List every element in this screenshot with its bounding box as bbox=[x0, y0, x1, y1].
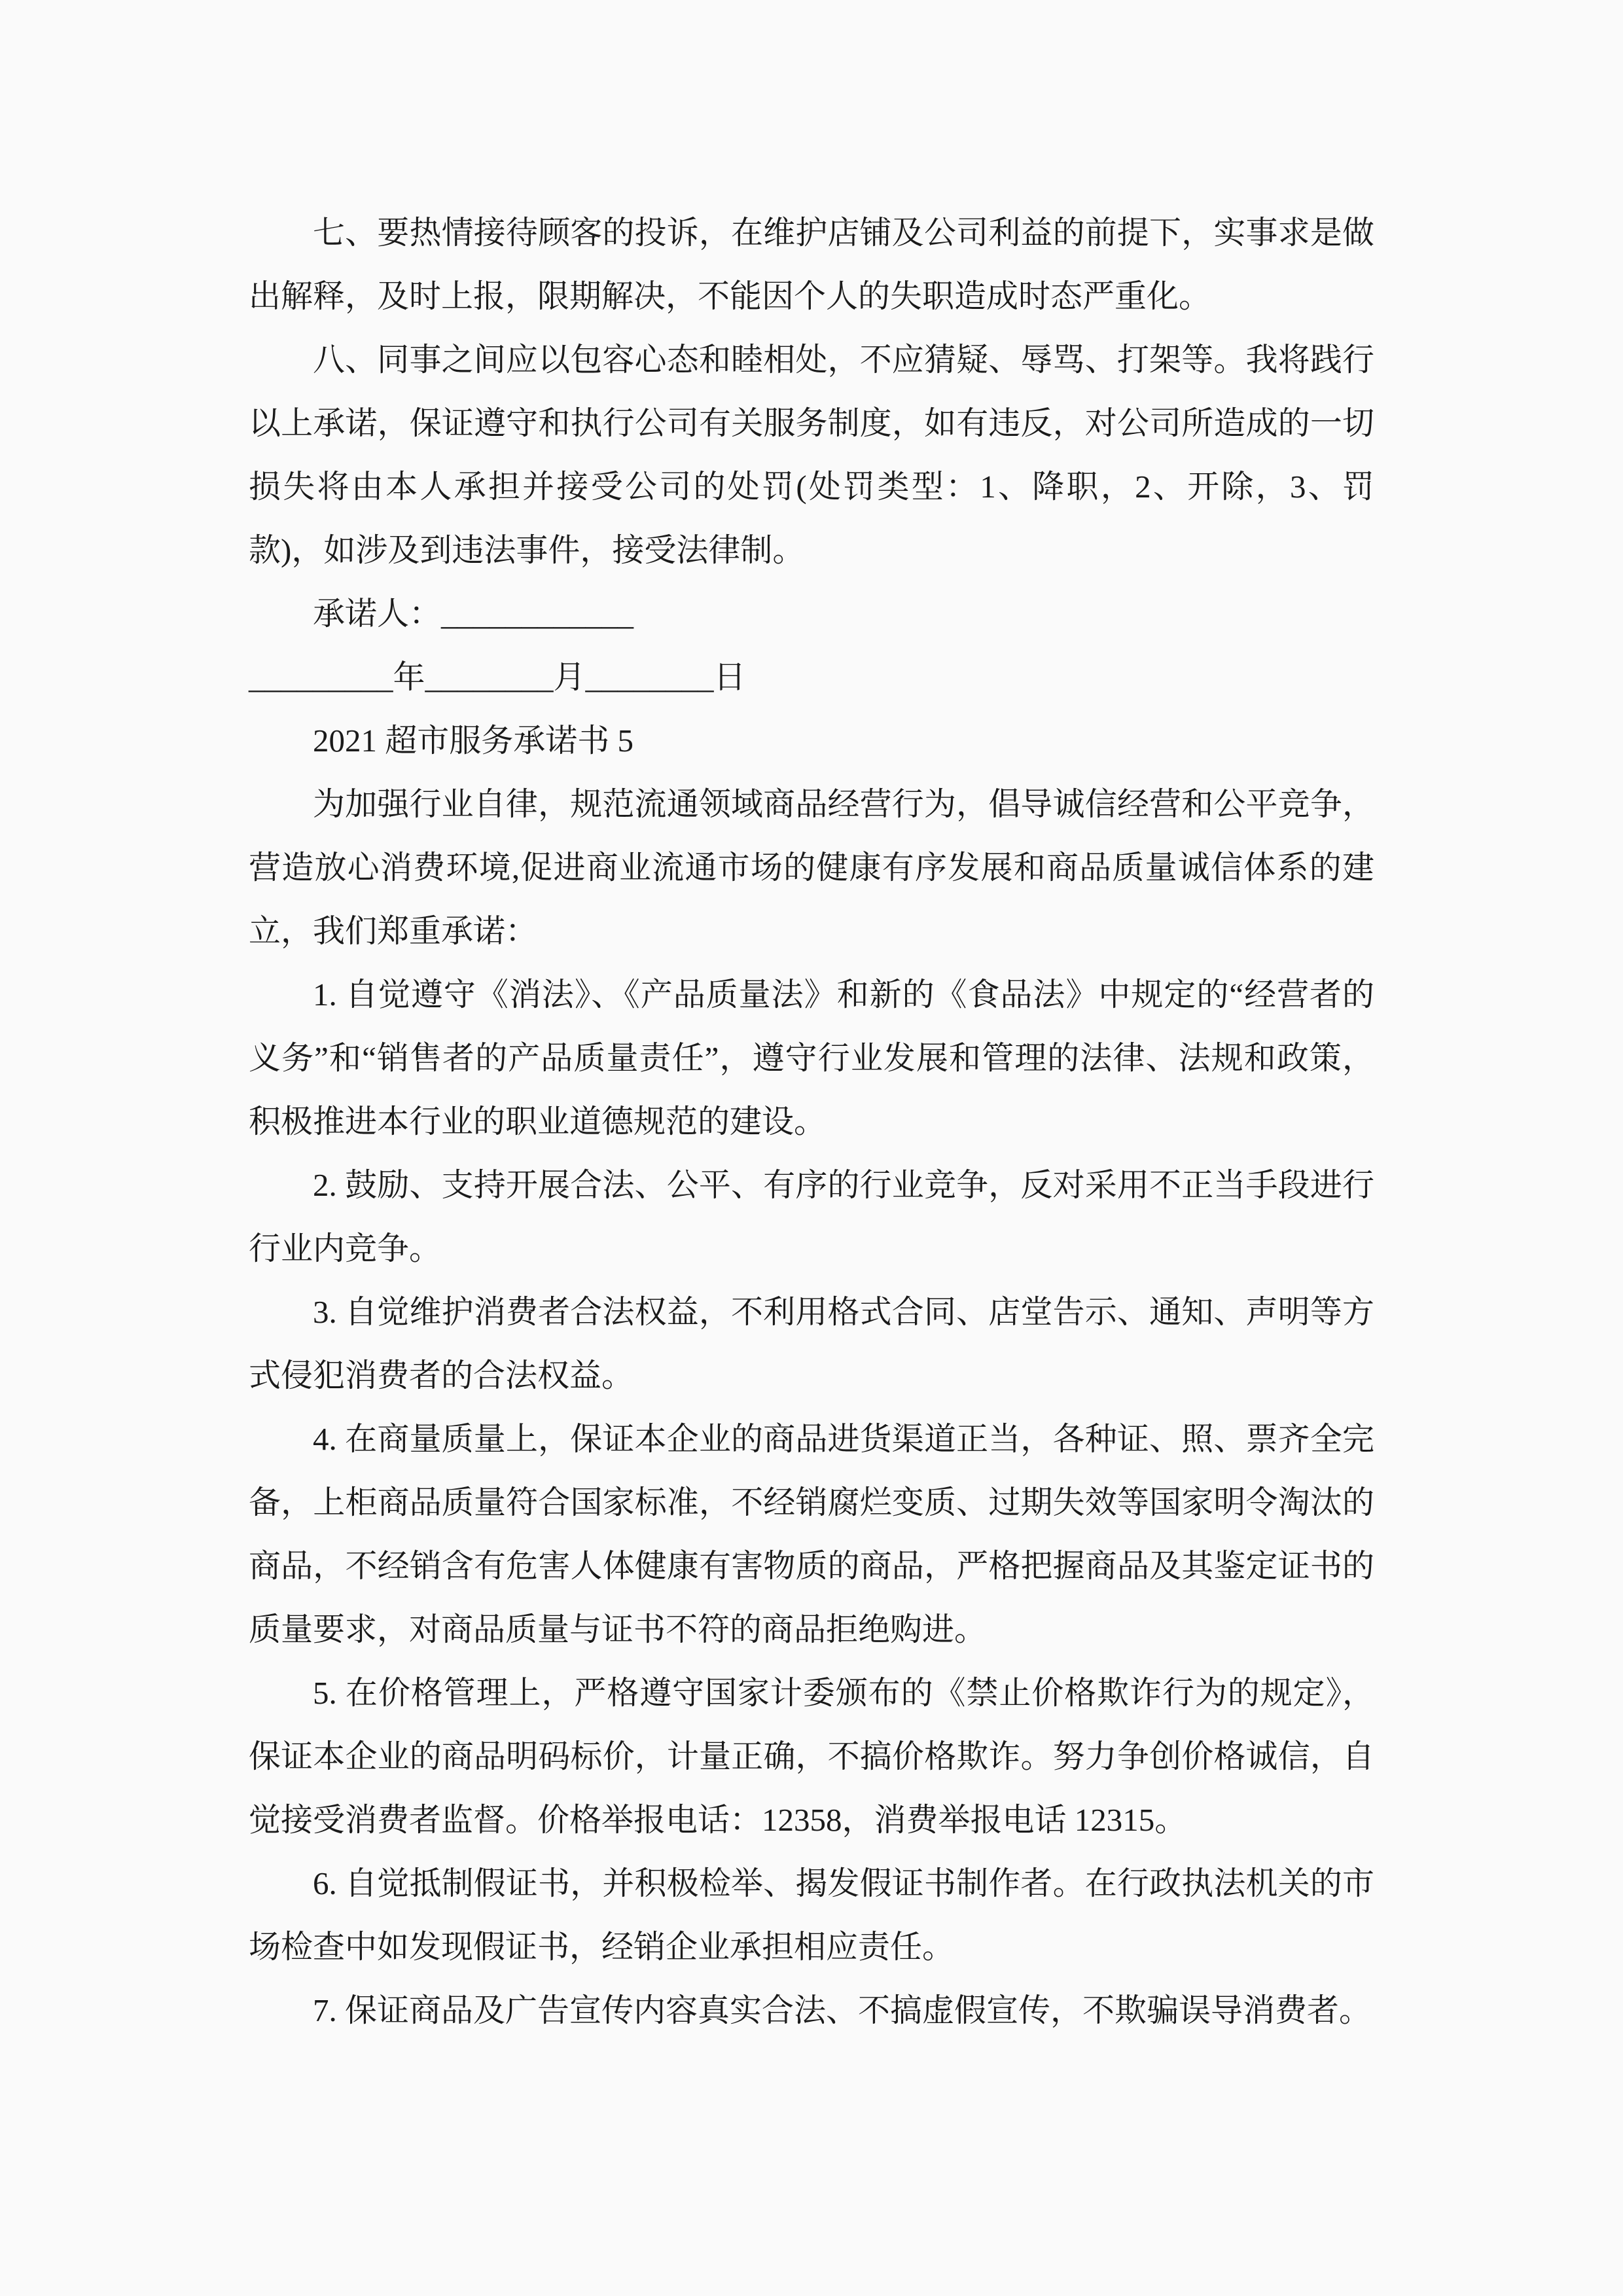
date-line: _________年________月________日 bbox=[249, 645, 1374, 709]
commitment-item-6: 6. 自觉抵制假证书，并积极检举、揭发假证书制作者。在行政执法机关的市场检查中如… bbox=[249, 1852, 1374, 1979]
clause-seven: 七、要热情接待顾客的投诉，在维护店铺及公司利益的前提下，实事求是做出解释，及时上… bbox=[249, 201, 1374, 328]
section-title: 2021 超市服务承诺书 5 bbox=[249, 709, 1374, 772]
signature-line: 承诺人：____________ bbox=[249, 582, 1374, 645]
commitment-item-1: 1. 自觉遵守《消法》、《产品质量法》和新的《食品法》中规定的“经营者的义务”和… bbox=[249, 963, 1374, 1153]
commitment-item-3: 3. 自觉维护消费者合法权益，不利用格式合同、店堂告示、通知、声明等方式侵犯消费… bbox=[249, 1280, 1374, 1407]
commitment-item-7: 7. 保证商品及广告宣传内容真实合法、不搞虚假宣传，不欺骗误导消费者。 bbox=[249, 1979, 1374, 2042]
commitment-item-4: 4. 在商量质量上，保证本企业的商品进货渠道正当，各种证、照、票齐全完备，上柜商… bbox=[249, 1407, 1374, 1661]
document-page: 七、要热情接待顾客的投诉，在维护店铺及公司利益的前提下，实事求是做出解释，及时上… bbox=[0, 0, 1623, 2296]
clause-eight: 八、同事之间应以包容心态和睦相处，不应猜疑、辱骂、打架等。我将践行以上承诺，保证… bbox=[249, 328, 1374, 582]
preamble: 为加强行业自律，规范流通领域商品经营行为，倡导诚信经营和公平竞争，营造放心消费环… bbox=[249, 772, 1374, 963]
commitment-item-5: 5. 在价格管理上，严格遵守国家计委颁布的《禁止价格欺诈行为的规定》，保证本企业… bbox=[249, 1661, 1374, 1852]
commitment-item-2: 2. 鼓励、支持开展合法、公平、有序的行业竞争，反对采用不正当手段进行行业内竞争… bbox=[249, 1153, 1374, 1280]
